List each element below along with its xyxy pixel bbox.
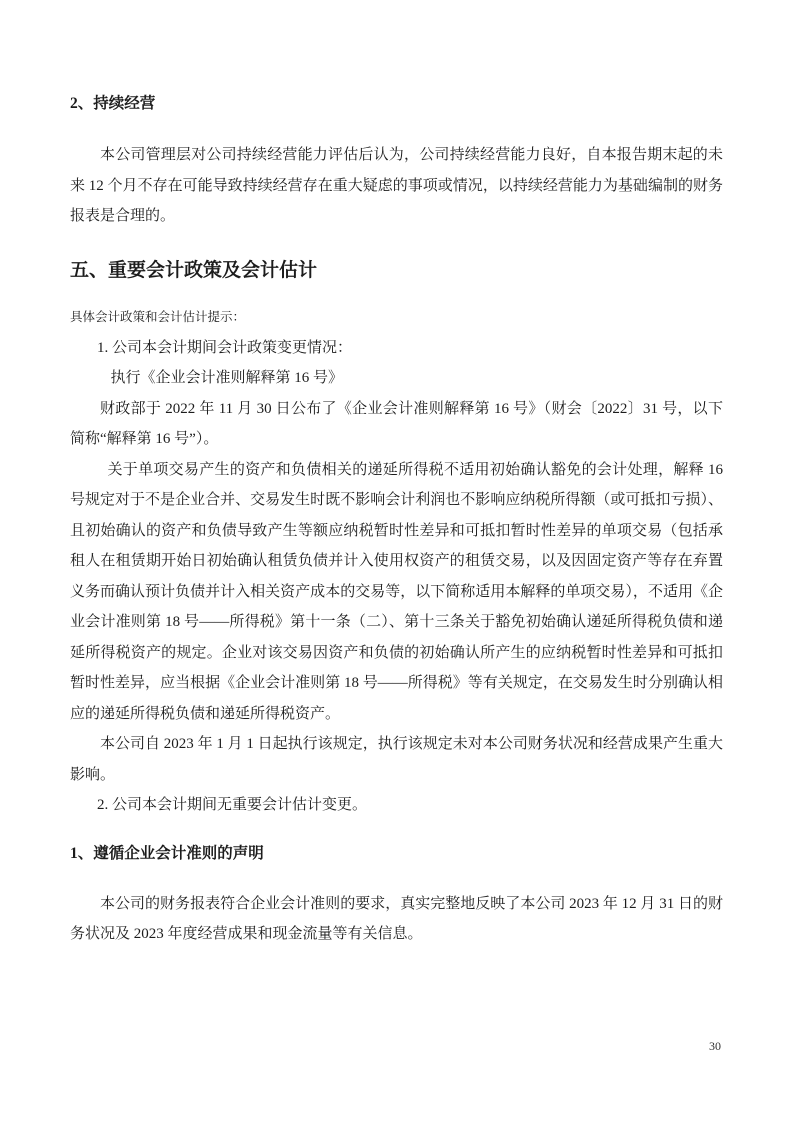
paragraph-effective-date: 本公司自 2023 年 1 月 1 日起执行该规定，执行该规定未对本公司财务状况… (70, 729, 723, 790)
paragraph-compliance: 本公司的财务报表符合企业会计准则的要求，真实完整地反映了本公司 2023 年 1… (70, 889, 723, 950)
section-heading-accounting-policies: 五、重要会计政策及会计估计 (70, 258, 723, 284)
note-policy-hint: 具体会计政策和会计估计提示： (70, 309, 723, 326)
document-page: 2、持续经营 本公司管理层对公司持续经营能力评估后认为，公司持续经营能力良好，自… (0, 0, 793, 1122)
list-item-policy-change: 1. 公司本会计期间会计政策变更情况： (70, 333, 723, 364)
list-item-no-estimate-change: 2. 公司本会计期间无重要会计估计变更。 (70, 790, 723, 821)
page-number: 30 (709, 1038, 721, 1054)
line-interpretation-16: 执行《企业会计准则解释第 16 号》 (70, 363, 723, 394)
paragraph-going-concern: 本公司管理层对公司持续经营能力评估后认为，公司持续经营能力良好，自本报告期末起的… (70, 140, 723, 232)
section-heading-compliance: 1、遵循企业会计准则的声明 (70, 845, 723, 863)
section-heading-going-concern: 2、持续经营 (70, 95, 723, 113)
paragraph-interpretation-detail: 关于单项交易产生的资产和负债相关的递延所得税不适用初始确认豁免的会计处理，解释 … (70, 455, 723, 730)
paragraph-mof-announcement: 财政部于 2022 年 11 月 30 日公布了《企业会计准则解释第 16 号》… (70, 394, 723, 455)
